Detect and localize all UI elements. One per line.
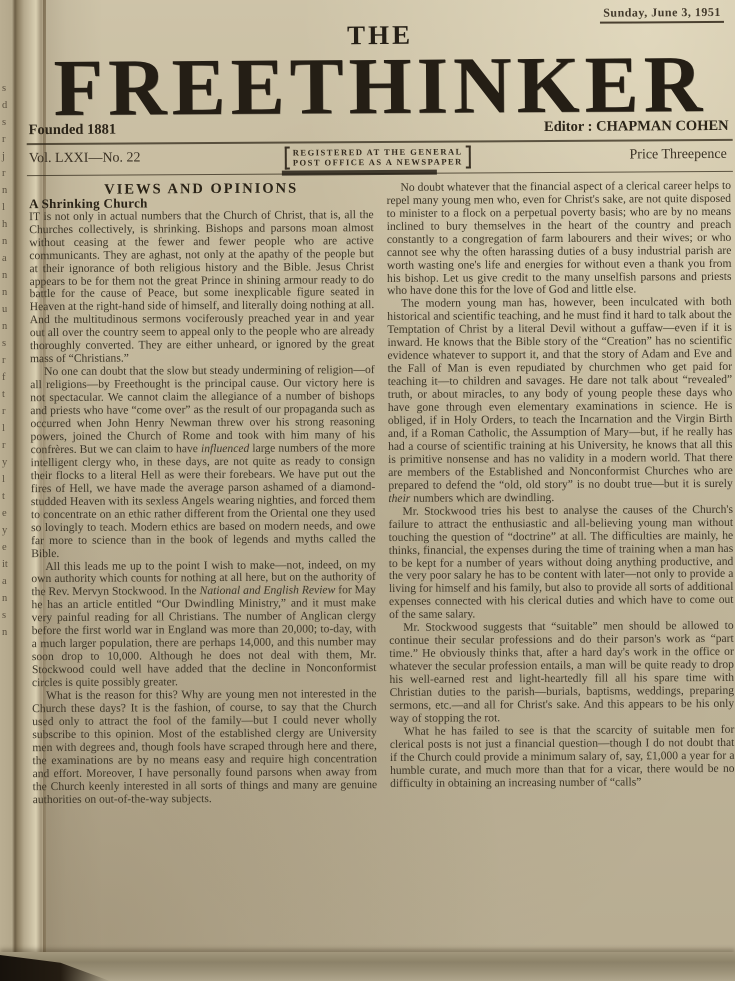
spine-fragment: f — [2, 373, 15, 384]
spine-fragment: j — [2, 152, 15, 163]
spine-fragment: s — [2, 118, 15, 129]
spine-fragment: r — [2, 169, 15, 180]
right-bracket — [466, 145, 471, 168]
paragraph: Mr. Stockwood tries his best to analyse … — [388, 504, 733, 623]
spine-fragment: r — [2, 356, 15, 367]
registered-notice: REGISTERED AT THE GENERAL POST OFFICE AS… — [285, 145, 471, 169]
spine-fragment: a — [2, 577, 15, 588]
body-text: No doubt whatever that the financial asp… — [387, 179, 732, 298]
body-text: What he has failed to see is that the sc… — [390, 723, 735, 790]
paragraph: No one can doubt that the slow but stead… — [30, 364, 376, 560]
scanned-newspaper-page: sdsrjrnlhnannunsrftrlrylteyeitansn Sunda… — [0, 0, 735, 981]
editor-label: Editor : CHAPMAN COHEN — [544, 117, 729, 135]
volume-price-row: Vol. LXXI—No. 22 REGISTERED AT THE GENER… — [29, 143, 727, 171]
spine-fragment: n — [2, 322, 15, 333]
spine-fragment: h — [2, 220, 15, 231]
spine-fragment: n — [2, 628, 15, 639]
spine-fragment: n — [2, 186, 15, 197]
registered-line2: POST OFFICE AS A NEWSPAPER — [293, 157, 463, 168]
spine-fragment: r — [2, 135, 15, 146]
spine-fragment: l — [2, 475, 15, 486]
page-bottom-edge — [0, 952, 735, 981]
body-text: Mr. Stockwood tries his best to analyse … — [388, 503, 733, 622]
paragraph: The modern young man has, however, been … — [387, 296, 733, 505]
spine-fragment: a — [2, 254, 15, 265]
paragraph: Mr. Stockwood suggests that “suitable” m… — [389, 620, 734, 726]
registered-line1: REGISTERED AT THE GENERAL — [293, 146, 463, 157]
spine-fragment: t — [2, 390, 15, 401]
price-label: Price Threepence — [557, 147, 727, 164]
spine-fragment: s — [2, 84, 15, 95]
spine-fragment: e — [2, 509, 15, 520]
left-column: VIEWS AND OPINIONS A Shrinking Church IT… — [29, 182, 377, 807]
facing-page-letter-fragments: sdsrjrnlhnannunsrftrlrylteyeitansn — [2, 84, 15, 639]
paragraph: What is the reason for this? Why are you… — [32, 688, 377, 807]
section-heading: VIEWS AND OPINIONS — [29, 182, 374, 197]
ink-smudge-bar — [282, 170, 437, 176]
spine-fragment: d — [2, 101, 15, 112]
spine-fragment: l — [2, 203, 15, 214]
right-column-body: No doubt whatever that the financial asp… — [386, 180, 734, 791]
spine-fragment: s — [2, 339, 15, 350]
left-column-body: IT is not only in actual numbers that th… — [29, 209, 377, 807]
paragraph: What he has failed to see is that the sc… — [390, 724, 735, 791]
spine-fragment: y — [2, 526, 15, 537]
left-bracket — [285, 146, 290, 169]
spine-fragment: n — [2, 288, 15, 299]
volume-number: Vol. LXXI—No. 22 — [29, 150, 199, 167]
newspaper-front-page: Sunday, June 3, 1951 THE FREETHINKER Fou… — [26, 0, 735, 954]
spine-fragment: s — [2, 611, 15, 622]
paragraph: All this leads me up to the point I wish… — [31, 559, 376, 691]
body-text: Mr. Stockwood suggests that “suitable” m… — [389, 619, 734, 725]
body-text: What is the reason for this? Why are you… — [32, 687, 377, 806]
body-text: for May he has an article entitled “Our … — [31, 583, 376, 689]
spine-fragment: n — [2, 271, 15, 282]
spine-fragment: r — [2, 441, 15, 452]
right-column: No doubt whatever that the financial asp… — [386, 180, 734, 805]
spine-fragment: u — [2, 305, 15, 316]
founded-label: Founded 1881 — [29, 121, 117, 139]
paragraph: No doubt whatever that the financial asp… — [386, 180, 731, 299]
spine-fragment: it — [2, 560, 15, 571]
body-text: numbers which are dwindling. — [410, 491, 554, 505]
spine-fragment: y — [2, 458, 15, 469]
masthead-title: FREETHINKER — [26, 43, 734, 130]
spine-fragment: n — [2, 594, 15, 605]
article-columns: VIEWS AND OPINIONS A Shrinking Church IT… — [29, 180, 735, 807]
issue-date: Sunday, June 3, 1951 — [600, 5, 724, 24]
spine-fragment: l — [2, 424, 15, 435]
spine-fragment: r — [2, 407, 15, 418]
spine-fragment: e — [2, 543, 15, 554]
italic-text: their — [388, 492, 410, 505]
spine-fragment: n — [2, 237, 15, 248]
paragraph: IT is not only in actual numbers that th… — [29, 209, 374, 367]
body-text: IT is not only in actual numbers that th… — [29, 208, 374, 366]
italic-text: influenced — [201, 442, 249, 455]
body-text: The modern young man has, however, been … — [387, 295, 733, 491]
body-text: large numbers of the more intelligent cl… — [31, 441, 376, 560]
italic-text: National and English Review — [200, 584, 336, 598]
spine-fragment: t — [2, 492, 15, 503]
